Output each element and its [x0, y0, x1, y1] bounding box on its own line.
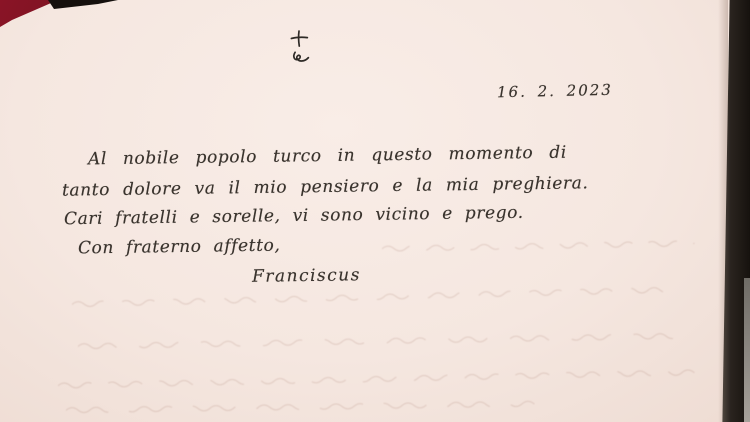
handwritten-line-3: Cari fratelli e sorelle, vi sono vicino …	[64, 203, 524, 229]
bleed-through-line	[72, 284, 676, 311]
bleed-through-line	[78, 330, 694, 353]
bleed-through-line	[382, 237, 702, 255]
bleed-through-line	[66, 398, 536, 417]
handwritten-line-4: Con fraterno affetto,	[78, 236, 281, 259]
cross-icon	[285, 27, 317, 73]
bleed-through-line	[58, 366, 698, 391]
book-board-edge	[744, 278, 750, 422]
signature: Franciscus	[252, 265, 361, 287]
handwritten-line-1: Al nobile popolo turco in questo momento…	[88, 143, 567, 170]
handwritten-date: 16. 2. 2023	[497, 81, 613, 101]
guestbook-page-photo: 16. 2. 2023 Al nobile popolo turco in qu…	[0, 0, 750, 422]
handwritten-line-2: tanto dolore va il mio pensiero e la mia…	[62, 173, 589, 200]
